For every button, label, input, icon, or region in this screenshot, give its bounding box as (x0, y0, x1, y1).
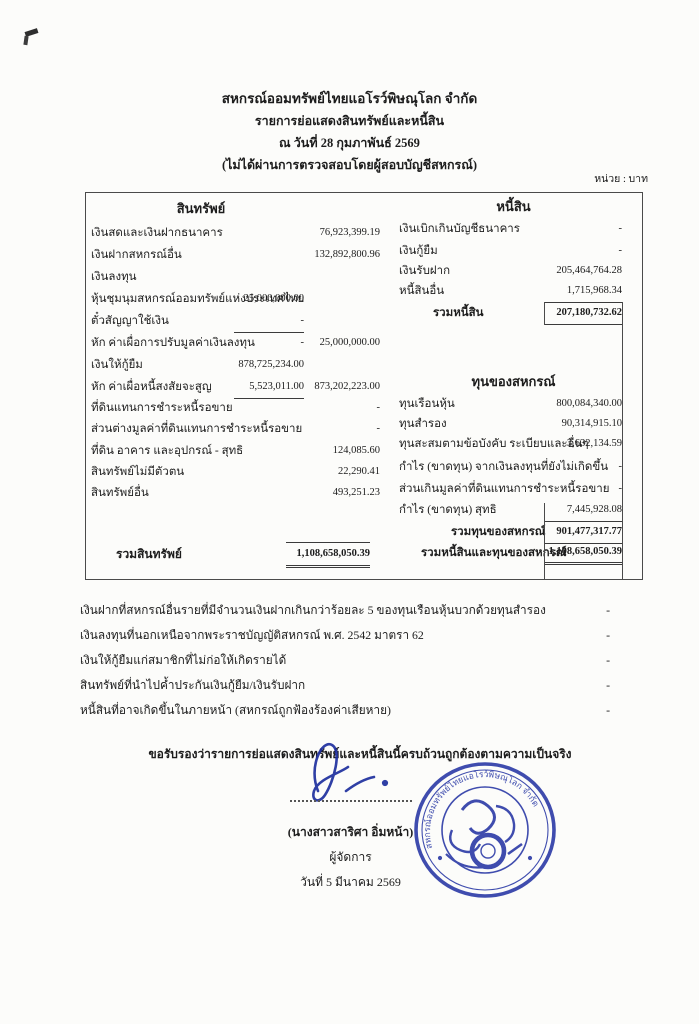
table-row: เงินกู้ยืม- (396, 240, 644, 262)
table-row: สินทรัพย์อื่น493,251.23 (86, 482, 388, 504)
note-label: สินทรัพย์ที่นำไปค้ำประกันเงินกู้ยืม/เงิน… (80, 673, 305, 698)
table-row: เงินลงทุน (86, 266, 388, 288)
row-value: - (308, 397, 380, 419)
row-value: 493,251.23 (308, 482, 380, 504)
manager-signature (288, 733, 418, 805)
document-page: สหกรณ์ออมทรัพย์ไทยแอโรว์พิษณุโลก จำกัด ร… (0, 0, 699, 1024)
row-label: สินทรัพย์อื่น (91, 482, 149, 504)
row-value: - (544, 456, 622, 478)
table-row: หนี้สินอื่น1,715,968.34 (396, 280, 644, 302)
table-row: กำไร (ขาดทุน) สุทธิ7,445,928.08 (396, 499, 644, 521)
row-value: - (308, 418, 380, 440)
row-label: เงินสดและเงินฝากธนาคาร (91, 222, 223, 244)
table-row: ทุนเรือนหุ้น800,084,340.00 (396, 393, 644, 415)
row-label: หัก ค่าเผื่อการปรับมูลค่าเงินลงทุน (91, 332, 255, 354)
table-row: หัก ค่าเผื่อการปรับมูลค่าเงินลงทุน-25,00… (86, 332, 388, 354)
table-row: เงินให้กู้ยืม878,725,234.00 (86, 354, 388, 376)
note-value: - (606, 698, 610, 723)
row-label: ทุนสำรอง (399, 413, 447, 435)
row-label: สินทรัพย์ไม่มีตัวตน (91, 461, 184, 483)
row-value: 22,290.41 (308, 461, 380, 483)
row-value: 800,084,340.00 (544, 393, 622, 415)
note-row: เงินฝากที่สหกรณ์อื่นรายที่มีจำนวนเงินฝาก… (80, 598, 610, 623)
row-value: 132,892,800.96 (308, 244, 380, 266)
balance-sheet-table: สินทรัพย์ หนี้สิน เงินสดและเงินฝากธนาคาร… (85, 192, 643, 580)
assets-section-title: สินทรัพย์ (86, 200, 316, 218)
row-label: ทุนเรือนหุ้น (399, 393, 455, 415)
row-subvalue: 878,725,234.00 (234, 354, 304, 376)
row-value: - (544, 478, 622, 500)
row-subvalue: - (234, 332, 304, 354)
row-label: เงินเบิกเกินบัญชีธนาคาร (399, 218, 520, 240)
row-label: เงินให้กู้ยืม (91, 354, 143, 376)
cooperative-seal-stamp: สหกรณ์ออมทรัพย์ไทยแอโรว์พิษณุโลก จำกัด (410, 758, 560, 902)
capital-total-value: 901,477,317.77 (544, 521, 622, 544)
notes-section: เงินฝากที่สหกรณ์อื่นรายที่มีจำนวนเงินฝาก… (80, 598, 610, 723)
table-row: ตั๋วสัญญาใช้เงิน- (86, 310, 388, 332)
document-header: สหกรณ์ออมทรัพย์ไทยแอโรว์พิษณุโลก จำกัด ร… (0, 88, 699, 176)
scan-artifact-mark (23, 36, 28, 45)
row-value: - (544, 218, 622, 240)
row-label: หัก ค่าเผื่อหนี้สงสัยจะสูญ (91, 376, 212, 398)
liabilities-total-label: รวมหนี้สิน (433, 302, 484, 324)
grand-total-row: รวมหนี้สินและทุนของสหกรณ์1,108,658,050.3… (396, 542, 644, 564)
liabilities-section-title: หนี้สิน (396, 198, 631, 216)
note-row: สินทรัพย์ที่นำไปค้ำประกันเงินกู้ยืม/เงิน… (80, 673, 610, 698)
row-subvalue: - (234, 310, 304, 333)
assets-total-value: 1,108,658,050.39 (286, 542, 370, 568)
row-label: เงินกู้ยืม (399, 240, 438, 262)
note-label: เงินลงทุนที่นอกเหนือจากพระราชบัญญัติสหกร… (80, 623, 424, 648)
report-title: รายการย่อแสดงสินทรัพย์และหนี้สิน (0, 110, 699, 132)
table-row: ทุนสะสมตามข้อบังคับ ระเบียบและอื่นๆ3,632… (396, 433, 644, 455)
table-row: ที่ดิน อาคาร และอุปกรณ์ - สุทธิ124,085.6… (86, 440, 388, 462)
table-row: เงินฝากสหกรณ์อื่น132,892,800.96 (86, 244, 388, 266)
row-value: 7,445,928.08 (544, 499, 622, 522)
grand-total-value: 1,108,658,050.39 (544, 542, 622, 565)
table-row: เงินรับฝาก205,464,764.28 (396, 260, 644, 282)
table-row: หัก ค่าเผื่อหนี้สงสัยจะสูญ5,523,011.0087… (86, 376, 388, 398)
note-value: - (606, 623, 610, 648)
note-value: - (606, 673, 610, 698)
row-label: เงินฝากสหกรณ์อื่น (91, 244, 182, 266)
assets-total-row: รวมสินทรัพย์ 1,108,658,050.39 (86, 542, 388, 568)
row-value: 124,085.60 (308, 440, 380, 462)
capital-section-title: ทุนของสหกรณ์ (396, 373, 631, 391)
row-value: 1,715,968.34 (544, 280, 622, 303)
row-label: เงินรับฝาก (399, 260, 450, 282)
table-row: กำไร (ขาดทุน) จากเงินลงทุนที่ยังไม่เกิดข… (396, 456, 644, 478)
value-column-rule (544, 503, 545, 579)
table-row: ส่วนเกินมูลค่าที่ดินแทนการชำระหนี้รอขาย- (396, 478, 644, 500)
value-column-rule (622, 302, 623, 579)
table-row: ที่ดินแทนการชำระหนี้รอขาย- (86, 397, 388, 419)
note-value: - (606, 598, 610, 623)
value-column-rule (544, 302, 545, 325)
row-label: ส่วนต่างมูลค่าที่ดินแทนการชำระหนี้รอขาย (91, 418, 302, 440)
row-label: ที่ดิน อาคาร และอุปกรณ์ - สุทธิ (91, 440, 243, 462)
row-label: กำไร (ขาดทุน) สุทธิ (399, 499, 497, 521)
liabilities-total-value: 207,180,732.62 (544, 302, 622, 325)
row-value: 873,202,223.00 (308, 376, 380, 398)
row-value: 76,923,399.19 (308, 222, 380, 244)
row-value: 205,464,764.28 (544, 260, 622, 282)
row-label: ตั๋วสัญญาใช้เงิน (91, 310, 169, 332)
row-value: 90,314,915.10 (544, 413, 622, 435)
capital-total-row: รวมทุนของสหกรณ์901,477,317.77 (396, 521, 644, 543)
org-name: สหกรณ์ออมทรัพย์ไทยแอโรว์พิษณุโลก จำกัด (0, 88, 699, 110)
row-value: 25,000,000.00 (308, 332, 380, 354)
assets-total-label: รวมสินทรัพย์ (116, 542, 182, 566)
row-subvalue: 5,523,011.00 (234, 376, 304, 399)
note-row: หนี้สินที่อาจเกิดขึ้นในภายหน้า (สหกรณ์ถู… (80, 698, 610, 723)
table-row: เงินเบิกเกินบัญชีธนาคาร- (396, 218, 644, 240)
row-value: - (544, 240, 622, 262)
unit-label: หน่วย : บาท (555, 170, 648, 187)
table-row: เงินสดและเงินฝากธนาคาร76,923,399.19 (86, 222, 388, 244)
signature-line (290, 800, 412, 802)
table-row: หุ้นชุมนุมสหกรณ์ออมทรัพย์แห่งประเทศไทย25… (86, 288, 388, 310)
table-row: ทุนสำรอง90,314,915.10 (396, 413, 644, 435)
table-row: ส่วนต่างมูลค่าที่ดินแทนการชำระหนี้รอขาย- (86, 418, 388, 440)
as-of-date: ณ วันที่ 28 กุมภาพันธ์ 2569 (0, 132, 699, 154)
note-label: เงินให้กู้ยืมแก่สมาชิกที่ไม่ก่อให้เกิดรา… (80, 648, 286, 673)
note-row: เงินลงทุนที่นอกเหนือจากพระราชบัญญัติสหกร… (80, 623, 610, 648)
liabilities-total-row: รวมหนี้สิน207,180,732.62 (396, 302, 644, 324)
note-row: เงินให้กู้ยืมแก่สมาชิกที่ไม่ก่อให้เกิดรา… (80, 648, 610, 673)
row-subvalue: 25,000,000.00 (234, 288, 304, 310)
row-value: 3,632,134.59 (544, 433, 622, 455)
row-label: ที่ดินแทนการชำระหนี้รอขาย (91, 397, 233, 419)
note-label: หนี้สินที่อาจเกิดขึ้นในภายหน้า (สหกรณ์ถู… (80, 698, 391, 723)
table-row: สินทรัพย์ไม่มีตัวตน22,290.41 (86, 461, 388, 483)
row-label: เงินลงทุน (91, 266, 137, 288)
capital-total-label: รวมทุนของสหกรณ์ (451, 521, 545, 543)
note-label: เงินฝากที่สหกรณ์อื่นรายที่มีจำนวนเงินฝาก… (80, 598, 546, 623)
note-value: - (606, 648, 610, 673)
row-label: หนี้สินอื่น (399, 280, 444, 302)
